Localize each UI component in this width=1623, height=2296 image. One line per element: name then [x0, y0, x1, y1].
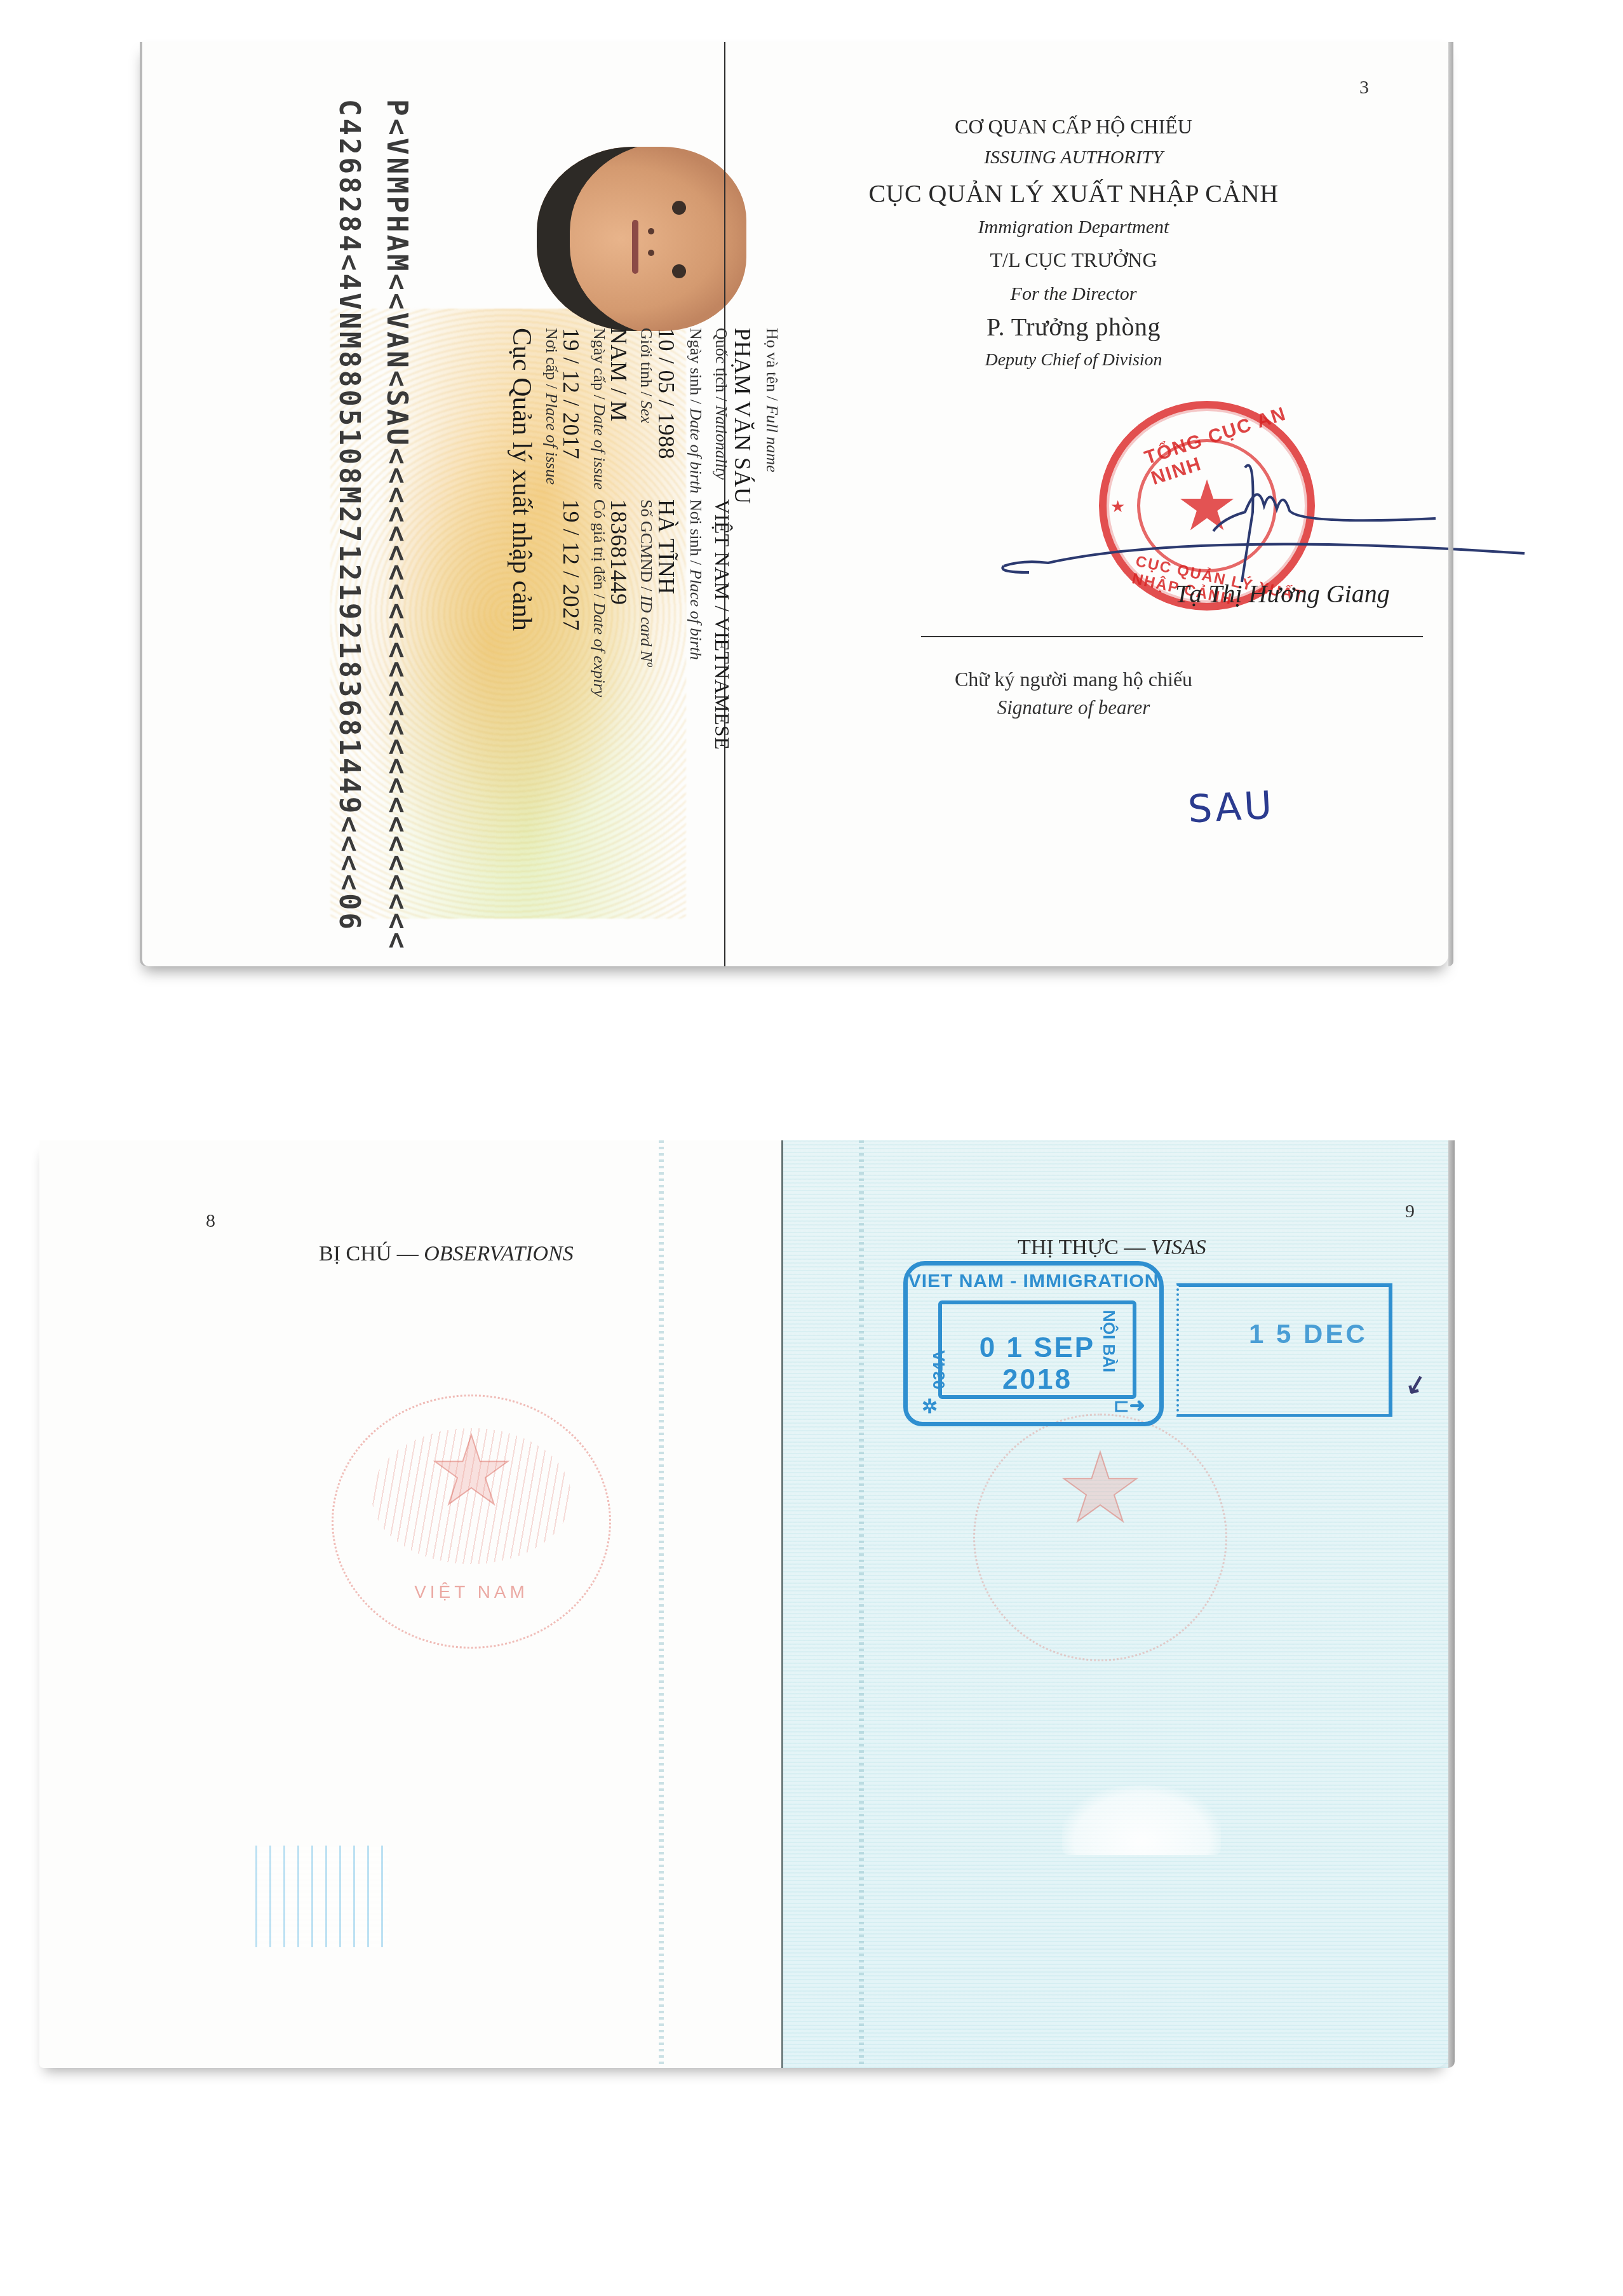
bearer-signature-label-en: Signature of bearer [794, 696, 1353, 719]
biodata-page: CỘNG HÒA XÃ HỘI CHỦ NGHĨA VIỆT NAM - SOC… [140, 42, 781, 966]
field-label-nationality: Quốc tịch / Nationality [711, 328, 731, 480]
position-en: Deputy Chief of Division [794, 350, 1353, 370]
field-label-place-of-issue: Nơi cấp / Place of issue [542, 328, 561, 485]
field-value-sex: NAM / M [605, 328, 632, 422]
position-vi: P. Trưởng phòng [794, 312, 1353, 342]
signatory-name: Tạ Thị Hương Giang [1175, 579, 1390, 609]
field-label-place-of-birth: Nơi sinh / Place of birth [686, 499, 705, 660]
page-number: 9 [1405, 1201, 1415, 1222]
for-director-vi: T/L CỤC TRƯỞNG [794, 248, 1353, 272]
field-label-date-of-expiry: Có giá trị đến / Date of expiry [589, 499, 609, 697]
field-label-date-of-birth: Ngày sinh / Date of birth [686, 328, 705, 494]
field-value-full-name: PHẠM VĂN SÁU [729, 328, 756, 504]
bearer-signature: SAU [1187, 783, 1276, 832]
bearer-signature-label-vi: Chữ ký người mang hộ chiếu [794, 668, 1353, 691]
field-value-place-of-issue: Cục Quản lý xuất nhập cảnh [506, 328, 537, 631]
passport-spread-data-page: CỘNG HÒA XÃ HỘI CHỦ NGHĨA VIỆT NAM - SOC… [140, 42, 1448, 966]
field-label-date-of-issue: Ngày cấp / Date of issue [589, 328, 609, 490]
issuing-authority-vi: CƠ QUAN CẤP HỘ CHIẾU [794, 115, 1353, 138]
field-value-date-of-expiry: 19 / 12 / 2027 [558, 499, 584, 631]
stamp-port-name: NỘI BÀI [1099, 1310, 1119, 1372]
holder-photo [495, 125, 781, 353]
field-value-date-of-issue: 19 / 12 / 2017 [558, 328, 584, 459]
page-9-visas: 9 THỊ THỰC — VISAS ★ VIET NAM - IMMIGRAT… [783, 1140, 1448, 2068]
second-stamp: 1 5 DEC ↙ [1176, 1283, 1392, 1417]
page-8-observations: 8 BỊ CHÚ — OBSERVATIONS ★ VIỆT NAM [39, 1140, 783, 2068]
handwritten-mark: ↙ [1402, 1367, 1430, 1401]
entry-exit-stamp: VIET NAM - IMMIGRATION 0 1 SEP 2018 034A… [903, 1261, 1164, 1426]
signature-divider [921, 636, 1423, 637]
department-en: Immigration Department [794, 217, 1353, 238]
national-emblem-watermark: ★ [973, 1414, 1227, 1661]
national-emblem-watermark: ★ VIỆT NAM [332, 1394, 611, 1649]
observations-title: BỊ CHÚ — OBSERVATIONS [319, 1242, 574, 1266]
page-number: 8 [206, 1210, 215, 1232]
field-value-place-of-birth: HÀ TĨNH [653, 499, 680, 595]
stamp-officer-code: 034A [929, 1350, 949, 1389]
visas-title: THỊ THỰC — VISAS [1018, 1236, 1206, 1260]
emblem-icon: ✲ [922, 1396, 938, 1418]
field-label-id-card-no: Số GCMND / ID card Nº [636, 499, 656, 667]
stamp-header: VIET NAM - IMMIGRATION [908, 1271, 1159, 1292]
mrz-line-2: C4268284<4VNM8805108M2712192183681449<<<… [333, 99, 365, 932]
field-label-full-name: Họ và tên / Full name [762, 328, 781, 472]
field-value-id-card-no: 183681449 [605, 499, 632, 605]
page-number: 3 [1359, 77, 1369, 98]
passport-spread-pages-8-9: 8 BỊ CHÚ — OBSERVATIONS ★ VIỆT NAM 9 THỊ… [39, 1140, 1448, 2068]
page-3-issuing-authority: 3 CƠ QUAN CẤP HỘ CHIẾU ISSUING AUTHORITY… [794, 42, 1448, 966]
for-director-en: For the Director [794, 283, 1353, 305]
star-icon: ★ [1058, 1433, 1143, 1544]
issuing-authority-en: ISSUING AUTHORITY [794, 147, 1353, 168]
ink-bleed-through [255, 1846, 389, 1947]
mrz-line-1: P<VNMPHAM<<VAN<SAU<<<<<<<<<<<<<<<<<<<<<<… [380, 99, 413, 952]
field-value-nationality: VIỆT NAM / VIETNAMESE [710, 499, 734, 750]
field-value-date-of-birth: 10 / 05 / 1988 [653, 328, 680, 459]
lotus-watermark [1062, 1785, 1221, 1855]
star-icon: ★ [429, 1416, 514, 1527]
field-label-sex: Giới tính / Sex [636, 328, 656, 423]
face-portrait [537, 147, 746, 331]
exit-arrow-icon: ⊏➜ [1114, 1394, 1145, 1417]
stamp-date: 1 5 DEC [1249, 1319, 1368, 1349]
department-vi: CỤC QUẢN LÝ XUẤT NHẬP CẢNH [794, 179, 1353, 208]
